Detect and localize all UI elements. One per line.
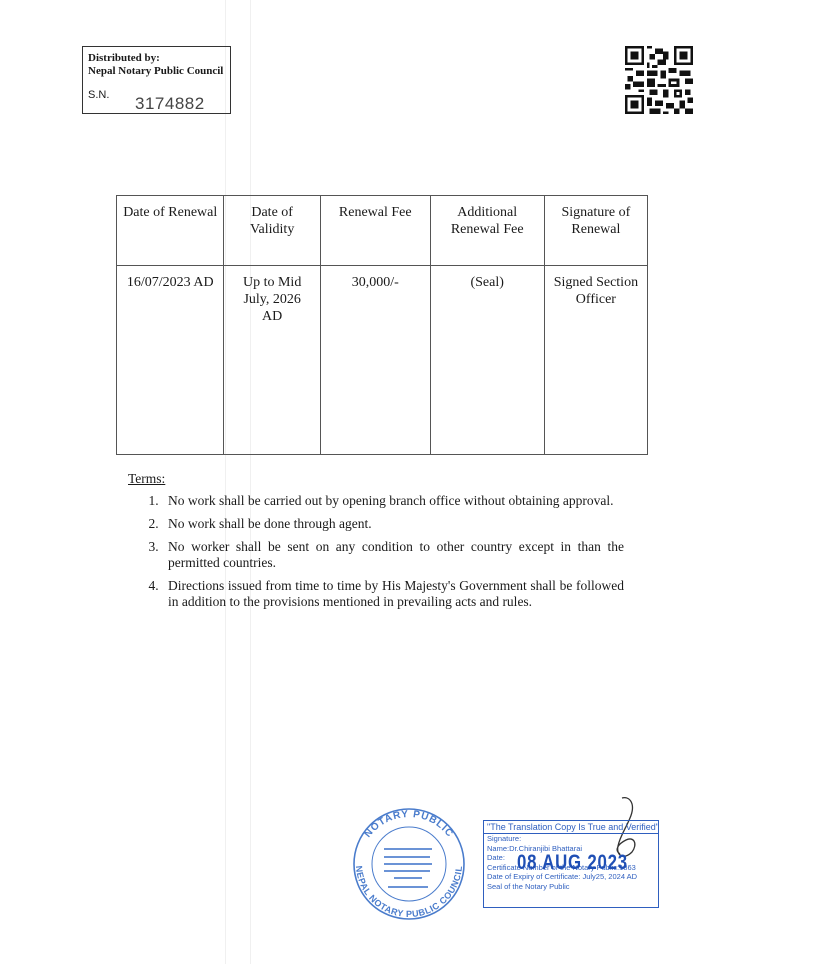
distribution-box: Distributed by: Nepal Notary Public Coun… xyxy=(82,46,231,114)
verification-stamp: "The Translation Copy Is True and Verifi… xyxy=(483,820,659,908)
list-item: Directions issued from time to time by H… xyxy=(162,578,624,610)
cell-date-of-validity: Up to Mid July, 2026 AD xyxy=(224,266,320,455)
list-item: No worker shall be sent on any condition… xyxy=(162,539,624,571)
qr-code-icon xyxy=(625,46,693,114)
table-row: 16/07/2023 AD Up to Mid July, 2026 AD 30… xyxy=(117,266,648,455)
terms-section: Terms: No work shall be carried out by o… xyxy=(128,471,624,617)
cell-renewal-fee: 30,000/- xyxy=(320,266,430,455)
svg-text:NEPAL NOTARY PUBLIC COUNCIL: NEPAL NOTARY PUBLIC COUNCIL xyxy=(354,865,464,919)
cell-signature-of-renewal: Signed Section Officer xyxy=(544,266,647,455)
renewal-table: Date of Renewal Date of Validity Renewal… xyxy=(116,195,648,455)
stamp-heading: "The Translation Copy Is True and Verifi… xyxy=(484,821,658,834)
header-date-of-renewal: Date of Renewal xyxy=(117,196,224,266)
list-item: No work shall be done through agent. xyxy=(162,516,624,532)
header-additional-renewal-fee: Additional Renewal Fee xyxy=(430,196,544,266)
cell-additional-renewal-fee: (Seal) xyxy=(430,266,544,455)
table-header-row: Date of Renewal Date of Validity Renewal… xyxy=(117,196,648,266)
serial-number-value: 3174882 xyxy=(135,94,205,114)
header-date-of-validity: Date of Validity xyxy=(224,196,320,266)
distributor-name: Nepal Notary Public Council xyxy=(88,65,223,78)
svg-text:NOTARY PUBLIC: NOTARY PUBLIC xyxy=(363,809,456,840)
terms-list: No work shall be carried out by opening … xyxy=(128,493,624,610)
header-signature-of-renewal: Signature of Renewal xyxy=(544,196,647,266)
terms-title: Terms xyxy=(128,471,162,486)
stamp-date-value: 08 AUG 2023 xyxy=(517,851,628,875)
serial-number-label: S.N. xyxy=(88,89,109,101)
notary-seal-icon: NOTARY PUBLIC NEPAL NOTARY PUBLIC COUNCI… xyxy=(346,806,472,922)
list-item: No work shall be carried out by opening … xyxy=(162,493,624,509)
cell-date-of-renewal: 16/07/2023 AD xyxy=(117,266,224,455)
distributed-by-label: Distributed by: xyxy=(88,52,160,65)
stamp-signature-label: Signature: xyxy=(484,834,658,844)
header-renewal-fee: Renewal Fee xyxy=(320,196,430,266)
stamp-seal-label: Seal of the Notary Public xyxy=(484,882,658,892)
terms-heading: Terms: xyxy=(128,471,624,487)
